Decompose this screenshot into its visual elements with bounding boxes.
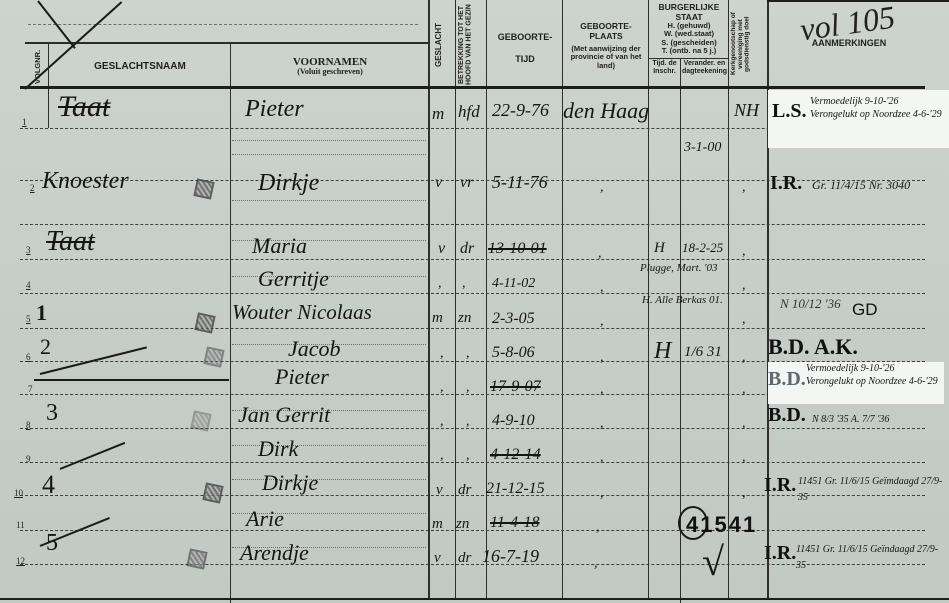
civil-status-change: 3-1-00 <box>684 140 721 156</box>
sex: v <box>438 240 445 258</box>
row-rule <box>20 462 925 463</box>
religion: , <box>742 450 746 466</box>
sex: v <box>434 550 441 567</box>
relation: dr <box>460 240 474 258</box>
row-rule <box>20 293 925 294</box>
remark-handwritten: N 10/12 '36 <box>780 296 841 312</box>
col-divider <box>562 0 563 600</box>
religion: NH <box>734 100 759 121</box>
civil-status: H. Alle Berkas 01. <box>642 294 723 306</box>
surname: Knoester <box>42 168 129 195</box>
birth-place: , <box>600 486 604 502</box>
birth-date: 2-3-05 <box>492 310 535 328</box>
birth-place: den Haag <box>563 98 649 124</box>
row-number: 11 <box>16 520 25 530</box>
header-verander: Verander. en dagteekening <box>681 60 728 76</box>
stamp-mark-icon <box>202 482 223 503</box>
religion: , <box>742 416 746 432</box>
birth-place: , <box>594 556 598 572</box>
row-rule <box>20 259 925 260</box>
row-number: 7 <box>28 384 33 394</box>
birth-place: , <box>598 246 602 262</box>
remark-handwritten: 11451 Gr. 11/6/15 Geïndaagd 27/9-35 <box>796 542 946 574</box>
religion: , <box>742 180 746 196</box>
birth-place: , <box>600 350 604 366</box>
row-number: 4 <box>26 280 31 290</box>
row-rule <box>20 530 925 531</box>
header-tijd-inschr: Tijd. de Inschr. <box>649 60 680 76</box>
birth-place: , <box>600 416 604 432</box>
relation: zn <box>456 516 469 533</box>
stamp-mark-icon <box>194 312 215 333</box>
relation: hfd <box>458 102 480 122</box>
religion: , <box>742 278 746 294</box>
top-rule-right <box>767 0 949 2</box>
header-bottom-rule <box>20 86 925 89</box>
row-number: 3 <box>26 245 31 255</box>
row-number: 1 <box>22 117 27 127</box>
strike-line <box>34 379 229 381</box>
header-burgerlijke-staat: BURGERLIJKE STAAT H. (gehuwd) W. (wed.st… <box>650 3 728 56</box>
col-divider <box>455 0 456 600</box>
col-divider <box>428 0 430 600</box>
civil-status-change: 18-2-25 <box>682 240 723 256</box>
row-rule <box>20 224 925 225</box>
household-mark: 3 <box>46 400 58 427</box>
sex: , <box>438 276 442 292</box>
registration-card: VOLGNR. GESLACHTSNAAM VOORNAMEN (Voluit … <box>0 0 949 603</box>
birth-date: 5-8-06 <box>492 344 535 362</box>
remark-stamp: L.S. <box>772 100 806 123</box>
religion: , <box>742 382 746 398</box>
sex: m <box>432 310 443 327</box>
sub-rule <box>232 140 426 141</box>
birth-date: 16-7-19 <box>482 546 539 567</box>
row-number: 6 <box>26 352 31 362</box>
remark-stamp: B.D. A.K. <box>768 334 858 360</box>
household-mark: 5 <box>46 530 58 557</box>
remark-handwritten: Vermoedelijk 9-10-'26 Verongelukt op Noo… <box>806 362 941 388</box>
stamp-mark-icon <box>186 548 207 569</box>
remark-handwritten: Gr. 11/4/15 Nr. 3040 <box>812 178 910 193</box>
given-names: Pieter <box>275 364 329 390</box>
birth-date: 21-12-15 <box>486 480 545 498</box>
sex: , <box>440 346 444 362</box>
remark-stamp: B.D. <box>768 404 806 427</box>
civil-status: H <box>654 338 671 365</box>
birth-date: 22-9-76 <box>492 100 549 121</box>
relation: dr <box>458 550 471 567</box>
religion: , <box>742 312 746 328</box>
birth-place: , <box>600 382 604 398</box>
row-rule <box>20 328 925 329</box>
col-divider <box>48 42 49 128</box>
given-names: Wouter Nicolaas <box>232 300 372 325</box>
col-divider <box>230 42 231 603</box>
sex: v <box>435 174 442 192</box>
relation: , <box>466 380 470 396</box>
header-voornamen: VOORNAMEN (Voluit geschreven) <box>232 46 428 86</box>
relation: vr <box>460 174 473 192</box>
given-names: Gerritje <box>258 266 329 292</box>
remark-stamp: B.D. <box>768 368 806 391</box>
header-volgnr: VOLGNR. <box>34 56 42 84</box>
remark-handwritten: N 8/3 '35 A. 7/7 '36 <box>812 414 889 425</box>
given-names: Dirk <box>258 436 298 462</box>
remark-stamp: I.R. <box>770 172 802 195</box>
civil-status: H <box>654 240 665 257</box>
religion: , <box>742 244 746 260</box>
household-mark: 2 <box>40 334 51 360</box>
sex: , <box>440 380 444 396</box>
stamp-mark-icon <box>193 178 214 199</box>
religion: , <box>742 350 746 366</box>
relation: , <box>462 276 466 292</box>
household-mark: 4 <box>42 470 55 500</box>
civil-status: Plugge, Mart. '03 <box>640 262 718 274</box>
header-geboortetijd: GEBOORTE- TIJD <box>488 32 562 64</box>
remark-handwritten: 11451 Gr. 11/6/15 Geïmdaagd 27/9-35 <box>798 474 943 506</box>
row-number: 8 <box>26 420 31 430</box>
birth-date: 4-9-10 <box>492 412 535 430</box>
stamp-mark-icon <box>203 346 224 367</box>
checkmark-icon: √ <box>702 538 724 585</box>
birth-date: 5-11-76 <box>492 172 548 193</box>
birth-date: 11-4-18 <box>490 514 539 532</box>
surname: Taat <box>58 90 110 124</box>
strike-line <box>60 442 126 470</box>
relation: , <box>466 448 470 464</box>
header-geslacht: GESLACHT <box>435 8 443 82</box>
row-number: 12 <box>16 556 25 566</box>
remark-stamp: I.R. <box>764 474 796 497</box>
religion: , <box>742 486 746 502</box>
relation: , <box>466 414 470 430</box>
sex: m <box>432 104 444 124</box>
birth-place: , <box>596 520 600 536</box>
birth-date: 4-11-02 <box>492 276 535 292</box>
header-geslachtsnaam: GESLACHTSNAAM <box>50 46 230 86</box>
given-names: Arendje <box>240 540 309 566</box>
sex: , <box>440 448 444 464</box>
birth-place: , <box>600 180 604 196</box>
birth-date: 13-10-01 <box>488 240 547 258</box>
given-names: Jacob <box>288 336 341 362</box>
row-number: 2 <box>30 183 35 193</box>
given-names: Dirkje <box>262 470 318 496</box>
given-names: Pieter <box>245 96 304 123</box>
remark-stamp: I.R. <box>764 542 796 565</box>
top-rule <box>25 42 430 44</box>
birth-place: , <box>600 450 604 466</box>
birth-place: , <box>600 280 604 296</box>
sex: , <box>440 414 444 430</box>
archive-number-stamp: 41541 <box>686 512 757 538</box>
remark-handwritten: Vermoedelijk 9-10-'26 Verongelukt op Noo… <box>810 95 945 121</box>
row-number: 5 <box>26 314 31 324</box>
header-geboorteplaats: GEBOORTE-PLAATS (Met aanwijzing der prov… <box>564 22 648 70</box>
given-names: Maria <box>252 233 307 259</box>
header-betrekking: BETREKKING TOT HET HOOFD VAN HET GEZIN <box>458 4 484 86</box>
birth-place: , <box>600 314 604 330</box>
row-number: 9 <box>26 454 31 464</box>
stamp-mark-icon <box>190 410 211 431</box>
sex: m <box>432 516 443 533</box>
given-names: Arie <box>246 506 284 532</box>
bottom-rule <box>0 598 949 600</box>
col-divider <box>486 0 487 600</box>
sex: v <box>436 482 443 499</box>
top-dotted-line <box>28 24 418 25</box>
given-names: Dirkje <box>258 170 319 197</box>
header-kerkgenootschap: Kerkgenootschap of vereeniging met godsd… <box>731 3 765 85</box>
given-names: Jan Gerrit <box>238 402 330 428</box>
row-number: 10 <box>14 488 23 498</box>
civil-status-change: 1/6 31 <box>684 344 722 361</box>
birth-date: 4-12-14 <box>490 446 541 464</box>
sub-rule <box>232 154 426 155</box>
sub-rule <box>232 200 426 201</box>
subheader-rule <box>648 58 728 59</box>
relation: , <box>466 346 470 362</box>
row-rule <box>20 428 925 429</box>
relation: dr <box>458 482 471 499</box>
remark-stamp: GD <box>852 300 878 320</box>
relation: zn <box>458 310 471 327</box>
surname: Taat <box>46 226 95 258</box>
birth-date: 17-9-07 <box>490 378 541 396</box>
household-mark: 1 <box>36 300 47 326</box>
col-divider <box>728 0 729 600</box>
